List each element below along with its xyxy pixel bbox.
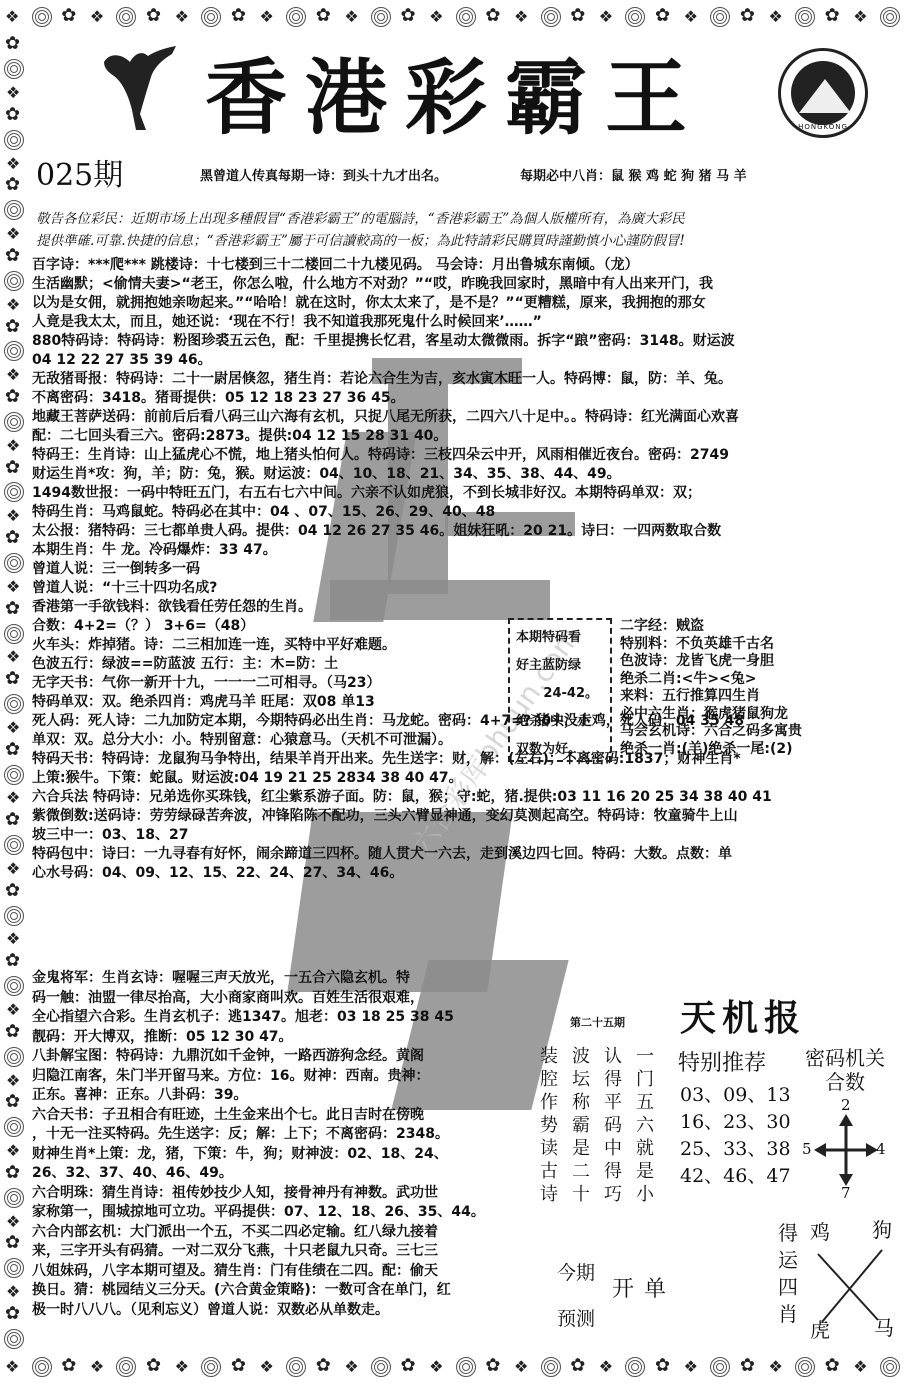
zodiac-top-right: 狗 bbox=[872, 1214, 892, 1243]
issue-number: 025期 bbox=[36, 158, 123, 194]
target-ornament-icon bbox=[4, 271, 24, 291]
vertical-char: 五 bbox=[636, 1091, 654, 1114]
vertical-char: 一 bbox=[636, 1045, 654, 1068]
text-line: 来，三字开头有码猜。一对二双分飞燕，十只老鼠九只奇。三七三 bbox=[32, 1242, 502, 1262]
flower-ornament-icon bbox=[825, 8, 843, 26]
diamond-ornament-icon bbox=[5, 578, 23, 596]
target-ornament-icon bbox=[371, 1357, 391, 1377]
flower-ornament-icon bbox=[316, 1358, 334, 1376]
diamond-ornament-icon bbox=[5, 507, 23, 525]
recommend-row: 42、46、47 bbox=[680, 1163, 791, 1190]
arrow-right-value: 4 bbox=[876, 1140, 886, 1158]
vertical-char: 霸 bbox=[572, 1114, 590, 1137]
flower-ornament-icon bbox=[5, 319, 23, 337]
diamond-ornament-icon bbox=[5, 296, 23, 314]
target-ornament-icon bbox=[880, 7, 900, 27]
arrow-left-value: 5 bbox=[802, 1140, 812, 1158]
box-line: 24-42。 bbox=[516, 680, 604, 708]
flower-ornament-icon bbox=[5, 953, 23, 971]
text-line: 以为是女佣，就拥抱她亲吻起来。”“哈哈！就在这时，你太太来了，是不是？”“更糟糕… bbox=[32, 294, 892, 313]
flower-ornament-icon bbox=[5, 107, 23, 125]
flower-ornament-icon bbox=[61, 8, 79, 26]
flower-ornament-icon bbox=[5, 671, 23, 689]
vertical-char: 腔 bbox=[540, 1068, 558, 1091]
special-code-box: 本期特码看 好主蓝防绿 24-42。 绝杀0头，小 双数为好。 bbox=[508, 618, 612, 762]
vertical-char: 十 bbox=[572, 1183, 590, 1206]
box-line: 绝杀0头，小 bbox=[516, 708, 604, 736]
vertical-char: 中 bbox=[604, 1137, 622, 1160]
text-line: 本期生肖：牛 龙。冷码爆炸：33 47。 bbox=[32, 541, 892, 560]
diamond-ornament-icon bbox=[5, 1213, 23, 1231]
password-title-line: 密码机关 bbox=[800, 1046, 890, 1070]
text-line: 880特码诗：特码诗：粉图珍裘五云色，配：千里提携长忆君，客星动太微微雨。拆字“… bbox=[32, 332, 892, 351]
text-line: 财神生肖*上策：龙，猪，下策：牛，狗；财神波：02、18、24、 bbox=[32, 1145, 502, 1165]
text-line: 金鬼将军：生肖玄诗：喔喔三声天放光，一五合六隐玄机。特 bbox=[32, 969, 502, 989]
target-ornament-icon bbox=[4, 906, 24, 926]
side-info-list: 二字经：贼盗 特别料：不负英雄千古名 色波诗：龙皆飞虎一身胆 绝杀二肖:<牛><… bbox=[620, 618, 802, 758]
vertical-char: 门 bbox=[636, 1068, 654, 1091]
target-ornament-icon bbox=[4, 1188, 24, 1208]
text-line: 家称第一，围城掠地可立功。平码提供：07、12、18、26、35、44。 bbox=[32, 1203, 502, 1223]
text-line: 全心指望六合彩。生肖玄机子：逃1347。旭老：03 18 25 38 45 bbox=[32, 1008, 502, 1028]
vertical-char: 作 bbox=[540, 1091, 558, 1114]
diamond-ornament-icon bbox=[4, 1358, 22, 1376]
target-ornament-icon bbox=[710, 7, 730, 27]
diamond-ornament-icon bbox=[258, 8, 276, 26]
password-title: 密码机关 合数 bbox=[800, 1046, 890, 1094]
diamond-ornament-icon bbox=[683, 1358, 701, 1376]
vertical-char: 势 bbox=[540, 1114, 558, 1137]
target-ornament-icon bbox=[4, 976, 24, 996]
recommend-row: 16、23、30 bbox=[680, 1109, 791, 1136]
flower-ornament-icon bbox=[655, 1358, 673, 1376]
vertical-char: 是 bbox=[572, 1137, 590, 1160]
text-line: 26、32、37、40、46、49。 bbox=[32, 1164, 502, 1184]
target-ornament-icon bbox=[4, 624, 24, 644]
vertical-char: 是 bbox=[636, 1160, 654, 1183]
text-line: 特码王：生肖诗：山上猛虎心不慌，地上猪头怕何人。特码诗：三枝四朵云中开，风雨相催… bbox=[32, 446, 892, 465]
text-line: 靓码：开大博双，推断：05 12 30 47。 bbox=[32, 1028, 502, 1048]
side-item: 特别料：不负英雄千古名 bbox=[620, 636, 802, 654]
diamond-ornament-icon bbox=[89, 1358, 107, 1376]
vertical-column: 认得平码中得巧 bbox=[604, 1045, 622, 1206]
flower-ornament-icon bbox=[5, 460, 23, 478]
lower-text-block: 金鬼将军：生肖玄诗：喔喔三声天放光，一五合六隐玄机。特 码一触：油盟一律尽抬高，… bbox=[32, 969, 502, 1320]
flower-ornament-icon bbox=[5, 742, 23, 760]
diamond-ornament-icon bbox=[428, 1358, 446, 1376]
vertical-char: 诗 bbox=[540, 1183, 558, 1206]
target-ornament-icon bbox=[32, 7, 52, 27]
text-line: ，十无一注买特码。先生送字：反；解：上下；不离密码：2348。 bbox=[32, 1125, 502, 1145]
diamond-ornament-icon bbox=[5, 1283, 23, 1301]
diamond-ornament-icon bbox=[5, 860, 23, 878]
target-ornament-icon bbox=[4, 1117, 24, 1137]
arrow-up-value: 2 bbox=[841, 1096, 851, 1114]
target-ornament-icon bbox=[625, 7, 645, 27]
text-line: 百字诗：***爬*** 跳楼诗：十七楼到三十二楼回二十九楼见码。 马会诗：月出鲁… bbox=[32, 256, 892, 275]
text-line: 不离密码：3418。猪哥提供：05 12 18 23 27 36 45。 bbox=[32, 389, 892, 408]
text-line: 香港第一手欲钱料：欲钱看任劳任怨的生肖。 bbox=[32, 598, 892, 617]
vertical-char: 读 bbox=[540, 1137, 558, 1160]
text-line: 财运生肖*攻：狗，羊；防：兔，猴。财运波：04、10、18、21、34、35、3… bbox=[32, 465, 892, 484]
diamond-ornament-icon bbox=[343, 8, 361, 26]
flower-ornament-icon bbox=[401, 1358, 419, 1376]
text-line: 1494数世报：一码中特旺五门，右五右七六中间。六亲不认如虎狼，不到长城非好汉。… bbox=[32, 484, 892, 503]
target-ornament-icon bbox=[4, 1258, 24, 1278]
side-item: 来料：五行推算四生肖 bbox=[620, 688, 802, 706]
box-line: 双数为好。 bbox=[516, 736, 604, 764]
vertical-char: 波 bbox=[572, 1045, 590, 1068]
vertical-column: 一门五六就是小 bbox=[636, 1045, 654, 1206]
text-line: 码一触：油盟一律尽抬高，大小商家商叫欢。百姓生活很艰难， bbox=[32, 989, 502, 1009]
hongkong-emblem-icon: HONGKONG bbox=[778, 48, 868, 138]
target-ornament-icon bbox=[32, 1357, 52, 1377]
text-line: 地藏王菩萨送码：前前后后看八码三山六海有玄机，只捉八尾无所获，二四六八十足中。。… bbox=[32, 408, 892, 427]
target-ornament-icon bbox=[795, 7, 815, 27]
flower-ornament-icon bbox=[146, 8, 164, 26]
vertical-column: 装腔作势读古诗 bbox=[540, 1045, 558, 1206]
text-line: 八姐妹码，八字本期可望及。猜生肖：门有佳绩在二四。配：偷天 bbox=[32, 1262, 502, 1282]
text-line: 六合内部玄机：大门派出一个五，不买二四必定输。红八绿九接着 bbox=[32, 1223, 502, 1243]
flower-ornament-icon bbox=[5, 1094, 23, 1112]
vertical-char: 平 bbox=[604, 1091, 622, 1114]
cross-arrows-icon bbox=[808, 1104, 884, 1196]
target-ornament-icon bbox=[456, 7, 476, 27]
target-ornament-icon bbox=[4, 482, 24, 502]
diamond-ornament-icon bbox=[852, 1358, 870, 1376]
diamond-ornament-icon bbox=[598, 8, 616, 26]
flower-ornament-icon bbox=[5, 1165, 23, 1183]
main-text-block: 百字诗：***爬*** 跳楼诗：十七楼到三十二楼回二十九楼见码。 马会诗：月出鲁… bbox=[32, 256, 892, 883]
flower-ornament-icon bbox=[5, 248, 23, 266]
target-ornament-icon bbox=[4, 130, 24, 150]
target-ornament-icon bbox=[541, 7, 561, 27]
tianji-title: 天机报 bbox=[680, 990, 806, 1041]
text-line: 04 12 22 27 35 39 46。 bbox=[32, 351, 892, 370]
vertical-char: 认 bbox=[604, 1045, 622, 1068]
notice-line: 提供準確.可靠.快捷的信息；“香港彩霸王”屬于可信讀較高的一板；為此特請彩民購買… bbox=[36, 230, 896, 252]
target-ornament-icon bbox=[286, 1357, 306, 1377]
flower-ornament-icon bbox=[570, 1358, 588, 1376]
target-ornament-icon bbox=[4, 694, 24, 714]
text-line: 特码包中：诗曰：一九寻春有好怀，闹余蹄道三四杯。随人贯犬一六去，走到溪边四七回。… bbox=[32, 845, 892, 864]
ornament-border-top bbox=[0, 2, 904, 32]
diamond-ornament-icon bbox=[513, 8, 531, 26]
vertical-column: 波坛称霸是二十 bbox=[572, 1045, 590, 1206]
text-line: 生活幽默；<偷情夫妻>“老王，你怎么啦，什么地方不对劲？”“哎，昨晚我回家时，黑… bbox=[32, 275, 892, 294]
box-line: 本期特码看 bbox=[516, 624, 604, 652]
zodiac-bottom-left: 虎 bbox=[810, 1314, 830, 1343]
diamond-ornament-icon bbox=[174, 8, 192, 26]
vertical-char: 得 bbox=[604, 1068, 622, 1091]
diamond-ornament-icon bbox=[5, 648, 23, 666]
text-line: 心水号码：04、09、12、15、22、24、27、34、46。 bbox=[32, 864, 892, 883]
diamond-ornament-icon bbox=[5, 789, 23, 807]
flower-ornament-icon bbox=[485, 1358, 503, 1376]
target-ornament-icon bbox=[4, 835, 24, 855]
target-ornament-icon bbox=[880, 1357, 900, 1377]
prediction-label: 今期 预测 bbox=[557, 1250, 595, 1342]
flower-ornament-icon bbox=[61, 1358, 79, 1376]
vertical-poem: 装腔作势读古诗 波坛称霸是二十 认得平码中得巧 一门五六就是小 bbox=[540, 1045, 654, 1206]
flower-ornament-icon bbox=[5, 1235, 23, 1253]
text-line: 六合明珠：猜生肖诗：祖传妙技少人知，接骨神丹有神数。武功世 bbox=[32, 1184, 502, 1204]
diamond-ornament-icon bbox=[5, 225, 23, 243]
text-line: 归隐江南客，朱门半开留马来。方位：16。财神：西南。贵神： bbox=[32, 1067, 502, 1087]
vertical-char: 称 bbox=[572, 1091, 590, 1114]
diamond-ornament-icon bbox=[5, 366, 23, 384]
diamond-ornament-icon bbox=[5, 1142, 23, 1160]
text-line: 换日。猜：桃园结义三分天。(六合黄金策略)：一数可含在单门，红 bbox=[32, 1281, 502, 1301]
target-ornament-icon bbox=[371, 7, 391, 27]
text-line: 极一时八八八。（见利忘义）曾道人说：双数必从单数走。 bbox=[32, 1301, 502, 1321]
flower-ornament-icon bbox=[5, 530, 23, 548]
vertical-char: 装 bbox=[540, 1045, 558, 1068]
target-ornament-icon bbox=[201, 1357, 221, 1377]
poem-line: 黑曾道人传真每期一诗：到头十九才出名。 bbox=[200, 168, 447, 186]
target-ornament-icon bbox=[4, 59, 24, 79]
vertical-char: 坛 bbox=[572, 1068, 590, 1091]
target-ornament-icon bbox=[710, 1357, 730, 1377]
diamond-ornament-icon bbox=[767, 1358, 785, 1376]
text-line: 紫微倒数:送码诗：劳劳绿碌苦奔波，冲锋陷陈不配功，三头六臂显神通，变幻莫测起高空… bbox=[32, 807, 892, 826]
side-item: 必中六生肖：猴虎猪鼠狗龙 bbox=[620, 706, 802, 724]
prediction-label-line: 今期 bbox=[557, 1250, 595, 1296]
flower-ornament-icon bbox=[5, 1024, 23, 1042]
diamond-ornament-icon bbox=[5, 1072, 23, 1090]
target-ornament-icon bbox=[625, 1357, 645, 1377]
diamond-ornament-icon bbox=[5, 1001, 23, 1019]
text-line: 曾道人说：“十三十四功名成? bbox=[32, 579, 892, 598]
target-ornament-icon bbox=[4, 553, 24, 573]
zodiac-bottom-right: 马 bbox=[874, 1312, 894, 1341]
target-ornament-icon bbox=[116, 1357, 136, 1377]
target-ornament-icon bbox=[286, 7, 306, 27]
diamond-ornament-icon bbox=[598, 1358, 616, 1376]
diamond-ornament-icon bbox=[852, 8, 870, 26]
target-ornament-icon bbox=[795, 1357, 815, 1377]
target-ornament-icon bbox=[456, 1357, 476, 1377]
flower-ornament-icon bbox=[231, 1358, 249, 1376]
flower-ornament-icon bbox=[485, 8, 503, 26]
diamond-ornament-icon bbox=[5, 719, 23, 737]
vertical-char: 巧 bbox=[604, 1183, 622, 1206]
vertical-char: 码 bbox=[604, 1114, 622, 1137]
target-ornament-icon bbox=[4, 341, 24, 361]
box-line: 好主蓝防绿 bbox=[516, 652, 604, 680]
text-line: 配：二七回头看三六。密码:2873。提供:04 12 15 28 31 40。 bbox=[32, 427, 892, 446]
flower-ornament-icon bbox=[316, 8, 334, 26]
flower-ornament-icon bbox=[5, 883, 23, 901]
ornament-border-bottom bbox=[0, 1352, 904, 1382]
flower-ornament-icon bbox=[231, 8, 249, 26]
text-line: 上策:猴牛。下策：蛇鼠。财运波:04 19 21 25 2834 38 40 4… bbox=[32, 769, 892, 788]
text-line: 人竟是我太太，而且，她还说：‘现在不行！我不知道我那死鬼什么时候回来’……” bbox=[32, 313, 892, 332]
text-line: 八卦解宝图：特码诗：九鼎沉如千金钟，一路西游狗念经。黄阁 bbox=[32, 1047, 502, 1067]
recommend-list: 03、09、13 16、23、30 25、33、38 42、46、47 bbox=[680, 1082, 791, 1190]
flower-ornament-icon bbox=[401, 8, 419, 26]
flower-ornament-icon bbox=[5, 601, 23, 619]
ornament-border-left bbox=[2, 34, 26, 1352]
diamond-ornament-icon bbox=[428, 8, 446, 26]
diamond-ornament-icon bbox=[174, 1358, 192, 1376]
flower-ornament-icon bbox=[146, 1358, 164, 1376]
side-item: 马会玄机诗：六合之码多寓贵 bbox=[620, 723, 802, 741]
vertical-char: 二 bbox=[572, 1160, 590, 1183]
vertical-char: 小 bbox=[636, 1183, 654, 1206]
text-line: 曾道人说：三一倒转多一码 bbox=[32, 560, 892, 579]
side-item: 绝杀二肖:<牛><兔> bbox=[620, 671, 802, 689]
vertical-char: 六 bbox=[636, 1114, 654, 1137]
side-item: 色波诗：龙皆飞虎一身胆 bbox=[620, 653, 802, 671]
arrow-down-value: 7 bbox=[841, 1184, 851, 1202]
flower-ornament-icon bbox=[5, 1306, 23, 1324]
recommend-row: 03、09、13 bbox=[680, 1082, 791, 1109]
prediction-result: 开单 bbox=[612, 1272, 676, 1303]
diamond-ornament-icon bbox=[683, 8, 701, 26]
flower-ornament-icon bbox=[5, 389, 23, 407]
text-line: 太公报：猪特码：三七都单贵人码。提供：04 12 26 27 35 46。姐妹狂… bbox=[32, 522, 892, 541]
target-ornament-icon bbox=[4, 200, 24, 220]
recommend-row: 25、33、38 bbox=[680, 1136, 791, 1163]
diamond-ornament-icon bbox=[343, 1358, 361, 1376]
side-item: 二字经：贼盗 bbox=[620, 618, 802, 636]
flower-ornament-icon bbox=[740, 1358, 758, 1376]
newspaper-title: 香港彩霸王 bbox=[205, 50, 705, 146]
tianji-issue-label: 第二十五期 bbox=[570, 1014, 625, 1030]
eight-zodiac-line: 每期必中八肖：鼠 猴 鸡 蛇 狗 猪 马 羊 bbox=[520, 168, 747, 186]
flower-ornament-icon bbox=[5, 177, 23, 195]
text-line: 六合兵法 特码诗：兄弟选你买珠钱，红尘紫系游子面。防：鼠，猴；守:蛇，猪.提供:… bbox=[32, 788, 892, 807]
diamond-ornament-icon bbox=[5, 437, 23, 455]
recommend-title: 特别推荐 bbox=[678, 1046, 766, 1077]
text-line: 坡三中一：03、18、27 bbox=[32, 826, 892, 845]
diamond-ornament-icon bbox=[513, 1358, 531, 1376]
flower-ornament-icon bbox=[570, 8, 588, 26]
zodiac-top-left: 鸡 bbox=[810, 1216, 830, 1245]
martial-arts-figure-logo-icon bbox=[100, 44, 180, 134]
target-ornament-icon bbox=[541, 1357, 561, 1377]
text-line: 正东。喜神：正东。八卦码：39。 bbox=[32, 1086, 502, 1106]
vertical-char: 就 bbox=[636, 1137, 654, 1160]
side-item: 绝杀一肖:(羊)绝杀一尾:(2) bbox=[620, 741, 802, 759]
target-ornament-icon bbox=[201, 7, 221, 27]
target-ornament-icon bbox=[4, 412, 24, 432]
target-ornament-icon bbox=[4, 1047, 24, 1067]
diamond-ornament-icon bbox=[89, 8, 107, 26]
flower-ornament-icon bbox=[825, 1358, 843, 1376]
text-line: 六合天书：子丑相合有旺迹，土生金来出个七。此日吉时在傍晚 bbox=[32, 1106, 502, 1126]
diamond-ornament-icon bbox=[258, 1358, 276, 1376]
password-title-line: 合数 bbox=[800, 1070, 890, 1094]
text-line: 特码生肖：马鸡鼠蛇。特码必在其中：04 、07、15、26、29、40、48 bbox=[32, 503, 892, 522]
target-ornament-icon bbox=[116, 7, 136, 27]
diamond-ornament-icon bbox=[4, 8, 22, 26]
flower-ornament-icon bbox=[740, 8, 758, 26]
four-direction-arrows: 2 4 5 7 bbox=[808, 1104, 884, 1196]
diamond-ornament-icon bbox=[767, 8, 785, 26]
target-ornament-icon bbox=[4, 1329, 24, 1349]
lucky-zodiac-cross: 鸡 狗 虎 马 bbox=[800, 1212, 900, 1342]
notice-paragraph: 敬告各位彩民：近期市场上出现多種假冒“香港彩霸王”的電腦詩，“香港彩霸王”為個人… bbox=[36, 208, 896, 252]
lucky-four-zodiac-label: 得运四肖 bbox=[778, 1220, 802, 1328]
text-line: 无敌猪哥报：特码诗：二十一尉居倏忽，猪生肖：若论六合生为吉，亥水寅木旺一人。特码… bbox=[32, 370, 892, 389]
flower-ornament-icon bbox=[655, 8, 673, 26]
notice-line: 敬告各位彩民：近期市场上出现多種假冒“香港彩霸王”的電腦詩，“香港彩霸王”為個人… bbox=[36, 208, 896, 230]
vertical-char: 得 bbox=[604, 1160, 622, 1183]
diamond-ornament-icon bbox=[5, 84, 23, 102]
flower-ornament-icon bbox=[5, 812, 23, 830]
vertical-char: 古 bbox=[540, 1160, 558, 1183]
flower-ornament-icon bbox=[5, 36, 23, 54]
diamond-ornament-icon bbox=[5, 930, 23, 948]
diamond-ornament-icon bbox=[5, 155, 23, 173]
prediction-label-line: 预测 bbox=[557, 1296, 595, 1342]
target-ornament-icon bbox=[4, 765, 24, 785]
